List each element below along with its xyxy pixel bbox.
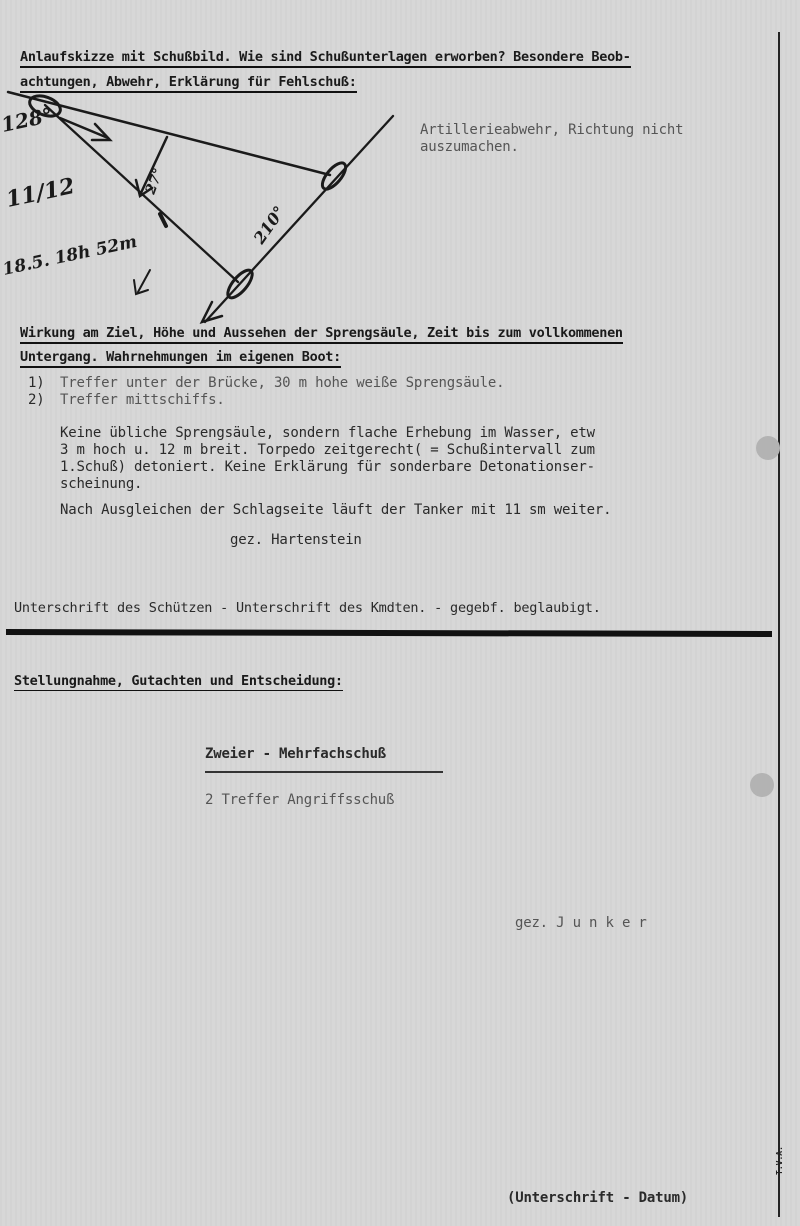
- section-divider: [6, 629, 772, 637]
- signed-hartenstein: gez. Hartenstein: [230, 532, 362, 549]
- signature-caption: Unterschrift des Schützen - Unterschrift…: [14, 600, 601, 617]
- hit-item-text: Treffer mittschiffs.: [60, 392, 225, 409]
- archive-stamp: T.V.A.: [775, 1146, 784, 1175]
- svg-text:210°: 210°: [249, 202, 289, 248]
- attack-sketch-icon: 128° 11/12 18.5. 18h 52m 27° 210°: [0, 80, 420, 325]
- observation-line: scheinung.: [60, 476, 142, 493]
- observation-line: Keine übliche Sprengsäule, sondern flach…: [60, 425, 595, 442]
- section2-heading-line1: Wirkung am Ziel, Höhe und Aussehen der S…: [20, 322, 623, 344]
- decision-detail: 2 Treffer Angriffsschuß: [205, 792, 394, 809]
- signed-junker: gez. J u n k e r: [515, 915, 647, 932]
- margin-line: [778, 32, 780, 1217]
- section3-heading: Stellungnahme, Gutachten und Entscheidun…: [14, 670, 343, 692]
- hit-item-number: 1): [28, 375, 44, 392]
- defense-remark-cont: auszumachen.: [420, 139, 519, 156]
- decision-title: Zweier - Mehrfachschuß: [205, 746, 386, 763]
- observation-line: 3 m hoch u. 12 m breit. Torpedo zeitgere…: [60, 442, 595, 459]
- decision-underline: [205, 771, 443, 773]
- hit-item-number: 2): [28, 392, 44, 409]
- observation-line: 1.Schuß) detoniert. Keine Erklärung für …: [60, 459, 595, 476]
- document-page: Anlaufskizze mit Schußbild. Wie sind Sch…: [0, 0, 800, 1226]
- svg-text:128°: 128°: [0, 103, 55, 137]
- signature-date-caption: (Unterschrift - Datum): [507, 1190, 688, 1207]
- tanker-note: Nach Ausgleichen der Schlagseite läuft d…: [60, 502, 611, 519]
- svg-text:18.5. 18h 52m: 18.5. 18h 52m: [1, 232, 139, 280]
- defense-remark: Artillerieabwehr, Richtung nicht: [420, 122, 683, 139]
- svg-text:27°: 27°: [142, 166, 166, 197]
- section1-heading-line1: Anlaufskizze mit Schußbild. Wie sind Sch…: [20, 46, 631, 68]
- section2-heading-line2: Untergang. Wahrnehmungen im eigenen Boot…: [20, 346, 341, 368]
- punch-hole: [756, 436, 780, 460]
- punch-hole: [750, 773, 774, 797]
- hit-item-text: Treffer unter der Brücke, 30 m hohe weiß…: [60, 375, 504, 392]
- svg-text:11/12: 11/12: [4, 173, 77, 213]
